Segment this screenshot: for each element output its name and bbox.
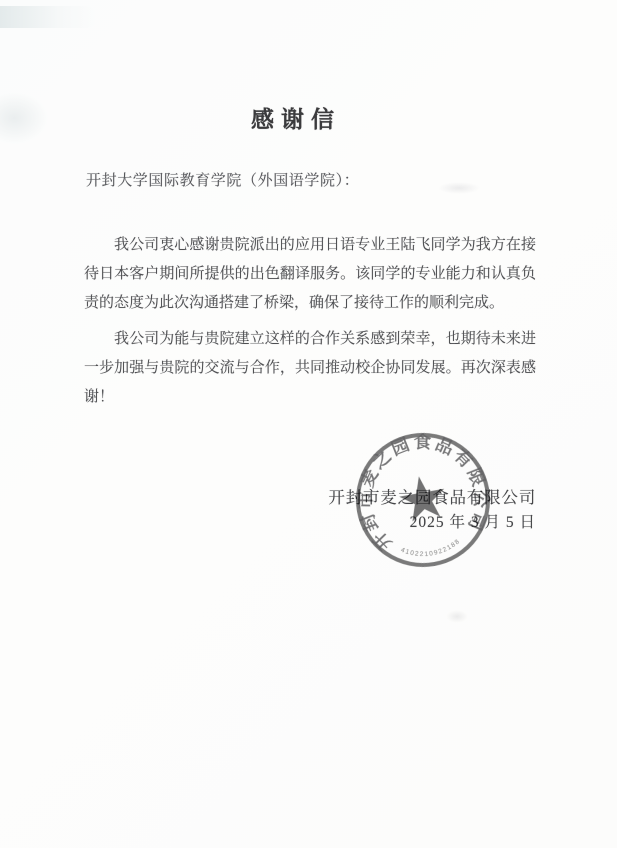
letter-content: 感谢信 开封大学国际教育学院（外国语学院）： 我公司衷心感谢贵院派出的应用日语专… [0,0,617,848]
letter-paragraph-2: 我公司为能与贵院建立这样的合作关系感到荣幸，也期待未来进一步加强与贵院的交流与合… [84,325,536,412]
letter-salutation: 开封大学国际教育学院（外国语学院）： [86,169,359,190]
seal-star-icon [396,472,448,523]
letter-title: 感谢信 [70,101,522,134]
company-seal-stamp: 开封市麦之园食品有限公司 4102210922188 [342,419,504,581]
letter-body: 我公司衷心感谢贵院派出的应用日语专业王陆飞同学为我方在接待日本客户期间所提供的出… [84,231,536,412]
letter-paragraph-1: 我公司衷心感谢贵院派出的应用日语专业王陆飞同学为我方在接待日本客户期间所提供的出… [84,231,536,318]
scanned-letter-page: 感谢信 开封大学国际教育学院（外国语学院）： 我公司衷心感谢贵院派出的应用日语专… [0,0,617,848]
